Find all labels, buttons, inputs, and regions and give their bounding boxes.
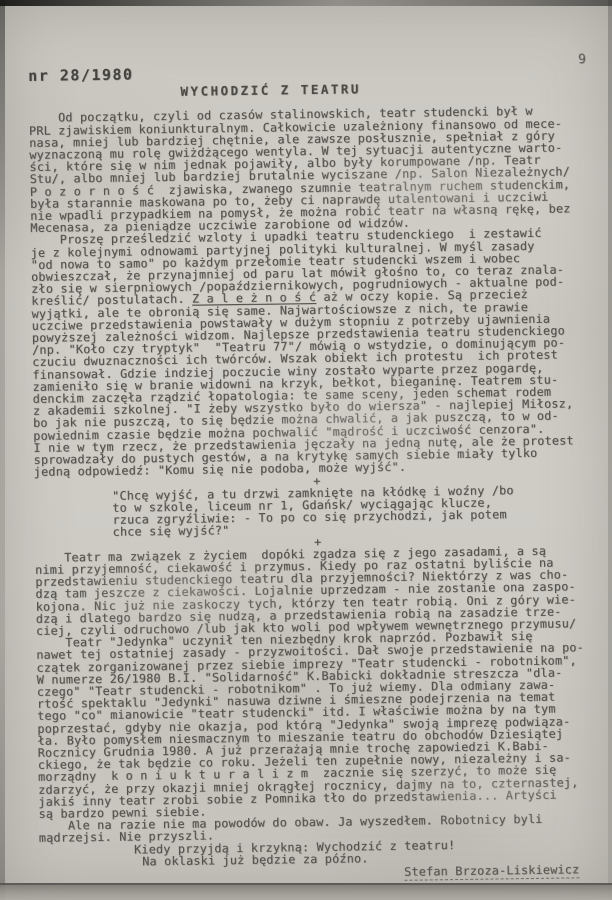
scan-edge-right — [608, 0, 612, 900]
scan-edge-bottom — [0, 883, 612, 900]
scan-edge-left — [0, 0, 5, 900]
paragraph-4: Teatr "Jedynka" uczynił ten niezbędny kr… — [36, 629, 605, 820]
scanned-document-page: nr 28/1980 9 WYCHODZIĆ Z TEATRU Od począ… — [0, 0, 612, 900]
signature-row: Stefan Brzoza-Liskiewicz — [39, 863, 605, 883]
article-title: WYCHODZIĆ Z TEATRU — [180, 80, 594, 98]
page-header: nr 28/1980 9 — [28, 54, 594, 82]
author-signature: Stefan Brzoza-Liskiewicz — [404, 862, 579, 880]
paragraph-3: Teatr ma związek z życiem dopóki zgadza … — [35, 544, 602, 637]
paragraph-2-text-after: aż w oczy kopie. Są przecież wyjątki, al… — [31, 287, 573, 479]
issue-number: nr 28/1980 — [28, 68, 133, 82]
paragraph-2: Proszę prześledzić wzloty i upadki teatr… — [30, 226, 599, 478]
document-content: nr 28/1980 9 WYCHODZIĆ Z TEATRU Od począ… — [28, 54, 605, 883]
scan-edge-top — [0, 0, 612, 6]
quote-block: "Chcę wyjść, a tu drzwi zamknięte na kłó… — [112, 483, 601, 539]
paragraph-1: Od początku, czyli od czasów stalinowski… — [29, 104, 597, 234]
page-number: 9 — [578, 54, 586, 66]
